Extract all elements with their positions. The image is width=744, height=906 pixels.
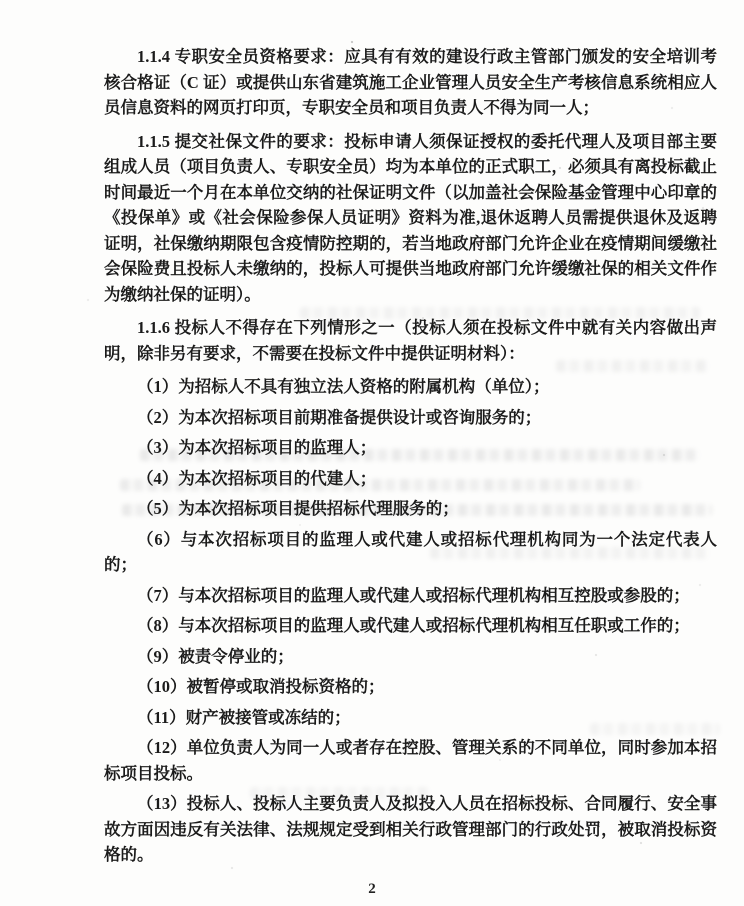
document-body: 1.1.4 专职安全员资格要求：应具有有效的建设行政主管部门颁发的安全培训考核合… bbox=[104, 44, 717, 873]
list-item-13: （13）投标人、投标人主要负责人及拟投入人员在招标投标、合同履行、安全事故方面因… bbox=[104, 791, 717, 868]
list-item-6: （6）与本次招标项目的监理人或代建人或招标代理机构同为一个法定代表人的； bbox=[104, 527, 717, 578]
clause-1-1-4: 1.1.4 专职安全员资格要求：应具有有效的建设行政主管部门颁发的安全培训考核合… bbox=[104, 44, 717, 121]
scanned-document-page: 1.1.4 专职安全员资格要求：应具有有效的建设行政主管部门颁发的安全培训考核合… bbox=[0, 0, 744, 906]
list-item-11: （11）财产被接管或冻结的； bbox=[104, 705, 717, 731]
list-item-8: （8）与本次招标项目的监理人或代建人或招标代理机构相互任职或工作的； bbox=[104, 613, 717, 639]
list-item-4: （4）为本次招标项目的代建人； bbox=[104, 466, 717, 492]
list-item-2: （2）为本次招标项目前期准备提供设计或咨询服务的； bbox=[104, 405, 717, 431]
list-item-1: （1）为招标人不具有独立法人资格的附属机构（单位）； bbox=[104, 374, 717, 400]
list-item-5: （5）为本次招标项目提供招标代理服务的； bbox=[104, 496, 717, 522]
clause-1-1-6: 1.1.6 投标人不得存在下列情形之一（投标人须在投标文件中就有关内容做出声明，… bbox=[104, 315, 717, 366]
clause-1-1-5: 1.1.5 提交社保文件的要求：投标申请人须保证授权的委托代理人及项目部主要组成… bbox=[104, 129, 717, 308]
list-item-10: （10）被暂停或取消投标资格的； bbox=[104, 674, 717, 700]
list-item-12: （12）单位负责人为同一人或者存在控股、管理关系的不同单位，同时参加本招标项目投… bbox=[104, 735, 717, 786]
list-item-7: （7）与本次招标项目的监理人或代建人或招标代理机构相互控股或参股的； bbox=[104, 583, 717, 609]
list-item-9: （9）被责令停业的； bbox=[104, 644, 717, 670]
page-number: 2 bbox=[0, 881, 744, 898]
list-item-3: （3）为本次招标项目的监理人； bbox=[104, 435, 717, 461]
